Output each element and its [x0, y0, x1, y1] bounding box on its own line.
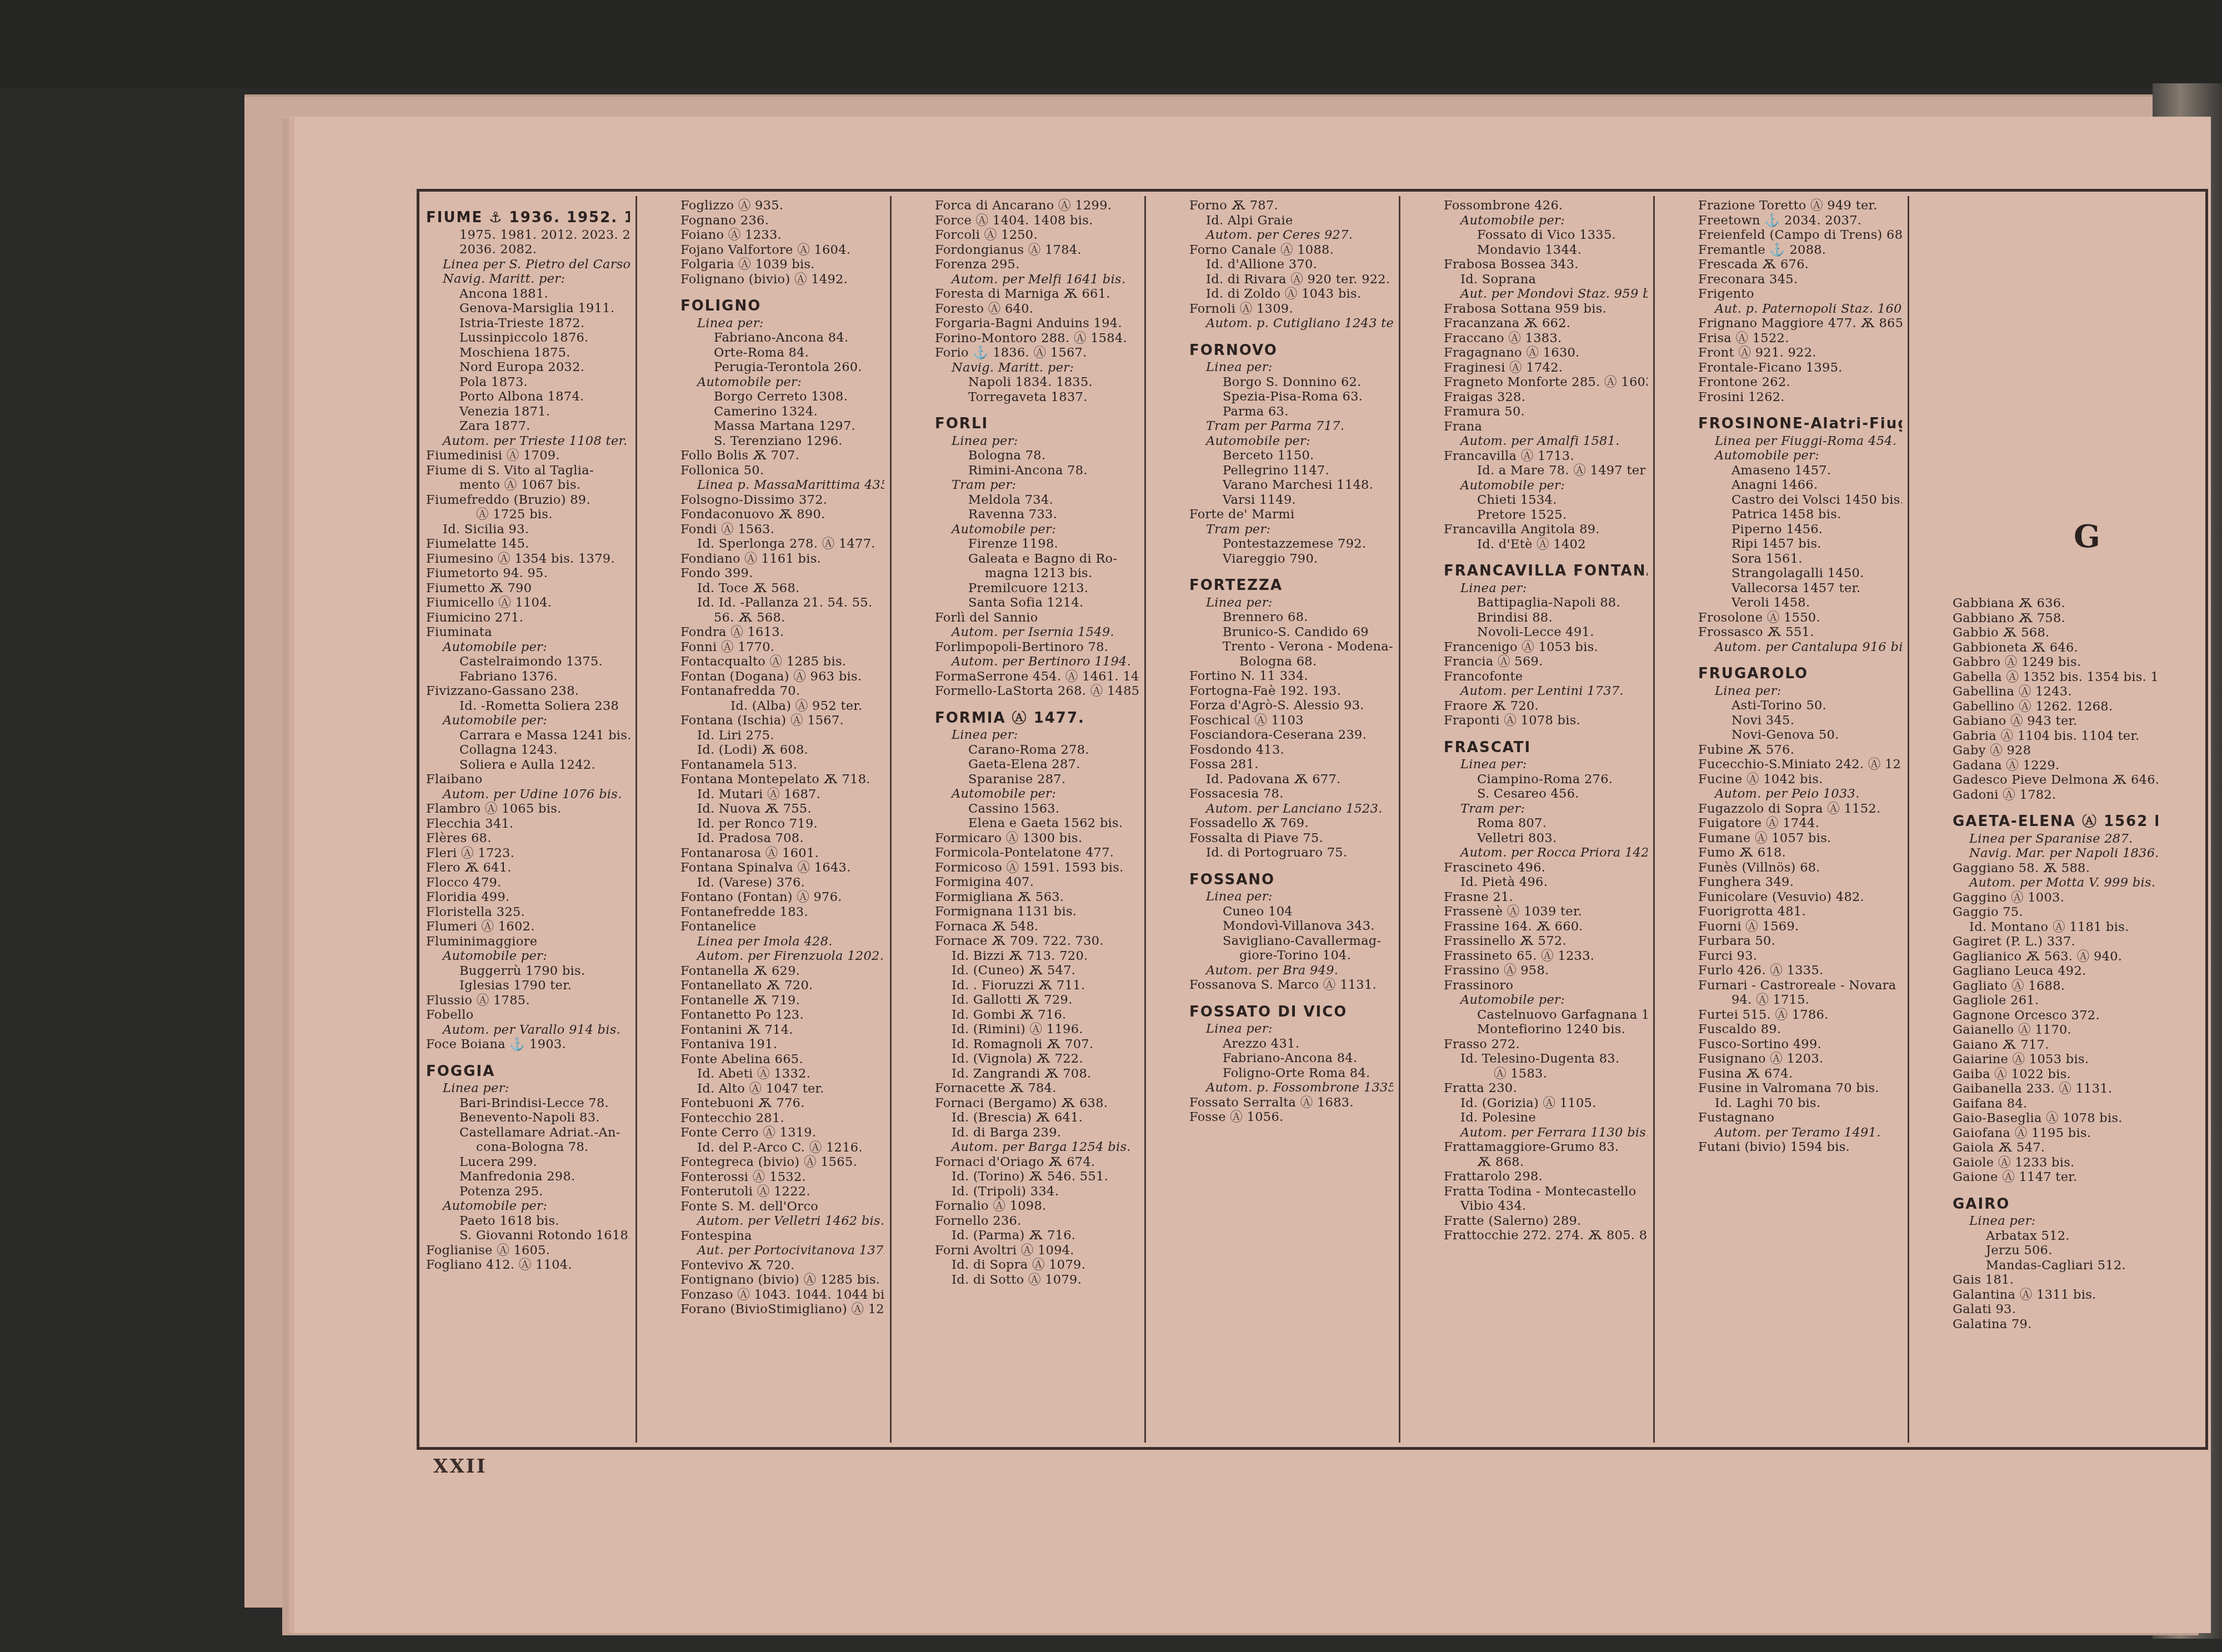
index-heading: FRASCATI — [1444, 740, 1648, 755]
index-entry: S. Giovanni Rotondo 1618. — [426, 1228, 630, 1243]
index-entry: Id. (Vignola) Ѫ 722. — [935, 1052, 1139, 1067]
index-entry: Id. Pradosa 708. — [680, 831, 884, 846]
index-entry: Tram per: — [935, 478, 1139, 493]
index-entry: Automobile per: — [1444, 478, 1648, 493]
index-entry: Pola 1873. — [426, 375, 630, 390]
index-entry: Fuorigrotta 481. — [1698, 904, 1902, 919]
index-entry: Gadana Ⓐ 1229. — [1953, 758, 2158, 773]
index-entry: Frosini 1262. — [1698, 390, 1902, 405]
index-entry: Id. (Tripoli) 334. — [935, 1184, 1139, 1199]
index-entry: Id. (Brescia) Ѫ 641. — [935, 1110, 1139, 1125]
index-entry: Autom. per Velletri 1462 bis. — [680, 1214, 884, 1229]
index-entry: Aut. p. Paternopoli Staz. 1601 — [1698, 302, 1902, 317]
index-entry: Id. di Sotto Ⓐ 1079. — [935, 1273, 1139, 1288]
index-entry: Id. Padovana Ѫ 677. — [1189, 772, 1393, 787]
index-entry: Id. d'Allione 370. — [1189, 257, 1393, 272]
index-entry: Gaione Ⓐ 1147 ter. — [1953, 1170, 2158, 1185]
index-entry: Gagliole 261. — [1953, 993, 2158, 1008]
index-entry: Id. Soprana — [1444, 272, 1648, 287]
index-entry: Fogliano 412. Ⓐ 1104. — [426, 1258, 630, 1273]
index-entry: Floristella 325. — [426, 905, 630, 920]
index-entry: Ripi 1457 bis. — [1698, 537, 1902, 552]
index-entry: Id. di Sopra Ⓐ 1079. — [935, 1258, 1139, 1273]
index-entry: Frassenè Ⓐ 1039 ter. — [1444, 904, 1648, 919]
index-entry: Strangolagalli 1450. — [1698, 566, 1902, 581]
index-entry: Furtei 515. Ⓐ 1786. — [1698, 1008, 1902, 1023]
index-entry: Fonte S. M. dell'Orco — [680, 1199, 884, 1214]
index-entry: Gabiano Ⓐ 943 ter. — [1953, 714, 2158, 729]
index-entry: Frignano Maggiore 477. Ѫ 865. — [1698, 316, 1902, 331]
index-entry: Flambro Ⓐ 1065 bis. — [426, 802, 630, 817]
index-entry: Fontano (Fontan) Ⓐ 976. — [680, 890, 884, 905]
index-entry: Fornaci d'Oriago Ѫ 674. — [935, 1155, 1139, 1170]
index-entry: Id. Zangrandi Ѫ 708. — [935, 1067, 1139, 1082]
index-entry: Forca di Ancarano Ⓐ 1299. — [935, 198, 1139, 213]
index-entry: Torregaveta 1837. — [935, 390, 1139, 405]
index-entry: Napoli 1834. 1835. — [935, 375, 1139, 390]
index-entry: 56. Ѫ 568. — [680, 610, 884, 625]
index-entry: Id. Nuova Ѫ 755. — [680, 802, 884, 817]
index-entry: Linea per S. Pietro del Carso 74 — [426, 257, 630, 272]
index-entry: Frassinoro — [1444, 978, 1648, 993]
index-entry: Autom. per Firenzuola 1202. — [680, 949, 884, 964]
index-entry: Manfredonia 298. — [426, 1169, 630, 1184]
index-entry: Automobile per: — [1698, 448, 1902, 463]
index-heading: FORMIA Ⓐ 1477. — [935, 711, 1139, 726]
index-entry: Id. Mutari Ⓐ 1687. — [680, 787, 884, 802]
index-heading: GAETA-ELENA Ⓐ 1562 bis. — [1953, 814, 2158, 829]
index-entry: Gadesco Pieve Delmona Ѫ 646. — [1953, 773, 2158, 788]
index-entry: Sora 1561. — [1698, 552, 1902, 567]
index-entry: Foligno-Orte Roma 84. — [1189, 1066, 1393, 1081]
index-entry: Autom. per Ferrara 1130 bis. — [1444, 1125, 1648, 1140]
index-entry: Id. Romagnoli Ѫ 707. — [935, 1037, 1139, 1052]
index-entry: Pellegrino 1147. — [1189, 463, 1393, 478]
index-entry: Funicolare (Vesuvio) 482. — [1698, 890, 1902, 905]
index-entry: Venezia 1871. — [426, 404, 630, 419]
index-entry: Fonzaso Ⓐ 1043. 1044. 1044 bis. — [680, 1288, 884, 1303]
index-entry: Automobile per: — [426, 1199, 630, 1214]
index-entry: Follo Bolis Ѫ 707. — [680, 448, 884, 463]
index-entry: Fondra Ⓐ 1613. — [680, 625, 884, 640]
index-entry: Gaibanella 233. Ⓐ 1131. — [1953, 1082, 2158, 1097]
index-entry: Id. (Alba) Ⓐ 952 ter. — [680, 699, 884, 714]
index-column-5: Fossombrone 426.Automobile per:Fossato d… — [1437, 196, 1655, 1443]
index-entry: Fratte (Salerno) 289. — [1444, 1214, 1648, 1229]
index-entry: Fontana Spinalva Ⓐ 1643. — [680, 860, 884, 875]
index-entry: Soliera e Aulla 1242. — [426, 758, 630, 773]
index-entry: Forgaria-Bagni Anduins 194. — [935, 316, 1139, 331]
index-entry: Foce Boiana ⚓ 1903. — [426, 1037, 630, 1052]
index-heading: FORLÌ — [935, 417, 1139, 432]
index-entry: Autom. p. Fossombrone 1335. — [1189, 1080, 1393, 1095]
index-heading: FOSSANO — [1189, 873, 1393, 888]
index-entry: Fubine Ѫ 576. — [1698, 743, 1902, 758]
index-entry: Frabosa Bossea 343. — [1444, 257, 1648, 272]
index-column-7: G Gabbiana Ѫ 636.Gabbiano Ѫ 758.Gabbio Ѫ… — [1946, 196, 2164, 1443]
index-entry: Brunico-S. Candido 69 — [1189, 625, 1393, 640]
index-entry: Fornace Ѫ 709. 722. 730. — [935, 934, 1139, 949]
index-entry: Buggerrù 1790 bis. — [426, 964, 630, 979]
index-entry: Fondiano Ⓐ 1161 bis. — [680, 552, 884, 567]
index-entry: Flussio Ⓐ 1785. — [426, 993, 630, 1008]
index-entry: Flecchia 341. — [426, 817, 630, 832]
index-entry: Autom. per Teramo 1491. — [1698, 1125, 1902, 1140]
index-entry: Fraginesi Ⓐ 1742. — [1444, 361, 1648, 376]
index-entry: Fontignano (bivio) Ⓐ 1285 bis. — [680, 1273, 884, 1288]
index-entry: Formigliana Ѫ 563. — [935, 890, 1139, 905]
index-entry: Fiumelatte 145. — [426, 537, 630, 552]
index-entry: Frossasco Ѫ 551. — [1698, 625, 1902, 640]
index-entry: Fusignano Ⓐ 1203. — [1698, 1052, 1902, 1067]
index-entry: Flero Ѫ 641. — [426, 860, 630, 875]
index-entry: Id. di Barga 239. — [935, 1125, 1139, 1140]
index-entry: Autom. per Barga 1254 bis. — [935, 1140, 1139, 1155]
index-entry: Fraccano Ⓐ 1383. — [1444, 331, 1648, 346]
index-entry: Id. Bizzi Ѫ 713. 720. — [935, 949, 1139, 964]
index-entry: Fiumesino Ⓐ 1354 bis. 1379. — [426, 552, 630, 567]
index-entry: Fuorni Ⓐ 1569. — [1698, 919, 1902, 934]
index-entry: Asti-Torino 50. — [1698, 698, 1902, 713]
index-entry: Borgo S. Donnino 62. — [1189, 375, 1393, 390]
index-entry: Mandas-Cagliari 512. — [1953, 1258, 2158, 1273]
index-entry: Fosse Ⓐ 1056. — [1189, 1110, 1393, 1125]
index-entry: Forlimpopoli-Bertinoro 78. — [935, 640, 1139, 655]
index-entry: Fontespina — [680, 1229, 884, 1244]
index-entry: Id. -Rometta Soliera 238 — [426, 699, 630, 714]
index-entry: Benevento-Napoli 83. — [426, 1110, 630, 1125]
index-entry: Nord Europa 2032. — [426, 360, 630, 375]
index-entry: Gaby Ⓐ 928 — [1953, 743, 2158, 758]
index-entry: Fossato Serralta Ⓐ 1683. — [1189, 1095, 1393, 1110]
index-entry: Cassino 1563. — [935, 802, 1139, 817]
index-entry: Automobile per: — [1444, 213, 1648, 228]
index-entry: Id. d'Etè Ⓐ 1402 — [1444, 537, 1648, 552]
index-entry: Gais 181. — [1953, 1273, 2158, 1288]
index-entry: Frassino Ⓐ 958. — [1444, 963, 1648, 978]
index-entry: Veroli 1458. — [1698, 595, 1902, 610]
index-entry: Automobile per: — [935, 522, 1139, 537]
index-entry: Fontebuoni Ѫ 776. — [680, 1096, 884, 1111]
index-entry: Gabbio Ѫ 568. — [1953, 625, 2158, 640]
index-entry: 94. Ⓐ 1715. — [1698, 993, 1902, 1008]
index-entry: Francofonte — [1444, 669, 1648, 684]
index-entry: Linea per: — [1189, 360, 1393, 375]
index-entry: Fratta Todina - Montecastello — [1444, 1184, 1648, 1199]
index-entry: Fumane Ⓐ 1057 bis. — [1698, 831, 1902, 846]
index-entry: Fosciandora-Ceserana 239. — [1189, 728, 1393, 743]
index-entry: Gabella Ⓐ 1352 bis. 1354 bis. 1370 — [1953, 670, 2158, 685]
index-entry: Furnari - Castroreale - Novara — [1698, 978, 1902, 993]
index-heading: FORTEZZA — [1189, 578, 1393, 593]
index-entry: Frosolone Ⓐ 1550. — [1698, 610, 1902, 625]
index-entry: Fiume di S. Vito al Taglia- — [426, 463, 630, 478]
index-entry: Berceto 1150. — [1189, 448, 1393, 463]
index-entry: Frabosa Sottana 959 bis. — [1444, 302, 1648, 317]
index-entry: Furci 93. — [1698, 949, 1902, 964]
index-entry: Autom. per Trieste 1108 ter. — [426, 434, 630, 449]
index-entry: Montefiorino 1240 bis. — [1444, 1022, 1648, 1037]
index-entry: Frigento — [1698, 287, 1902, 302]
index-entry: Fosdondo 413. — [1189, 743, 1393, 758]
index-entry: Gadoni Ⓐ 1782. — [1953, 788, 2158, 803]
index-entry: Fonterossi Ⓐ 1532. — [680, 1170, 884, 1185]
index-entry: Forni Avoltri Ⓐ 1094. — [935, 1243, 1139, 1258]
index-entry: Gaiano Ѫ 717. — [1953, 1038, 2158, 1053]
index-entry: 1975. 1981. 2012. 2023. 2035. — [426, 228, 630, 243]
index-entry: Frassineto 65. Ⓐ 1233. — [1444, 949, 1648, 964]
index-entry: Navig. Maritt. per: — [935, 361, 1139, 376]
index-entry: Forano (BivioStimigliano) Ⓐ 1225. — [680, 1302, 884, 1317]
index-entry: Novi-Genova 50. — [1698, 728, 1902, 743]
index-entry: Trento - Verona - Modena- — [1189, 639, 1393, 654]
index-entry: Automobile per: — [426, 640, 630, 655]
index-entry: Frattarolo 298. — [1444, 1169, 1648, 1184]
index-entry: Francenigo Ⓐ 1053 bis. — [1444, 640, 1648, 655]
index-entry: Formignana 1131 bis. — [935, 904, 1139, 919]
index-entry: Fugazzolo di Sopra Ⓐ 1152. — [1698, 802, 1902, 817]
index-entry: Ancona 1881. — [426, 287, 630, 302]
index-entry: Futani (bivio) 1594 bis. — [1698, 1140, 1902, 1155]
index-entry: Tram per: — [1444, 802, 1648, 817]
index-entry: Fossacesia 78. — [1189, 787, 1393, 802]
index-entry: Bari-Brindisi-Lecce 78. — [426, 1096, 630, 1111]
index-entry: Gagiret (P. L.) 337. — [1953, 934, 2158, 949]
index-entry: Floridia 499. — [426, 890, 630, 905]
index-entry: Id. Abeti Ⓐ 1332. — [680, 1067, 884, 1082]
index-entry: Fontana (Ischia) Ⓐ 1567. — [680, 713, 884, 728]
index-entry: Autom. per Motta V. 999 bis. — [1953, 875, 2158, 890]
index-entry: Amaseno 1457. — [1698, 463, 1902, 478]
index-entry: Fivizzano-Gassano 238. — [426, 684, 630, 699]
index-entry: Novi 345. — [1698, 713, 1902, 728]
index-entry: Furbara 50. — [1698, 934, 1902, 949]
index-entry: Autom. per Peio 1033. — [1698, 787, 1902, 802]
index-entry: Autom. per Lentini 1737. — [1444, 684, 1648, 699]
index-entry: Fiumicello Ⓐ 1104. — [426, 595, 630, 610]
index-entry: Bologna 78. — [935, 448, 1139, 463]
index-entry: Gabellina Ⓐ 1243. — [1953, 684, 2158, 699]
index-entry: Fontanelle Ѫ 719. — [680, 993, 884, 1008]
index-entry: Roma 807. — [1444, 816, 1648, 831]
index-entry: Linea per: — [1444, 581, 1648, 596]
index-entry: Linea per Sparanise 287. — [1953, 832, 2158, 847]
index-entry: Perugia-Terontola 260. — [680, 360, 884, 375]
index-entry: Fabriano-Ancona 84. — [1189, 1051, 1393, 1066]
index-entry: magna 1213 bis. — [935, 566, 1139, 581]
index-entry: Forte de' Marmi — [1189, 507, 1393, 522]
index-entry: Gabria Ⓐ 1104 bis. 1104 ter. — [1953, 729, 2158, 744]
index-entry: Carano-Roma 278. — [935, 743, 1139, 758]
index-entry: Fonte Abelina 665. — [680, 1052, 884, 1067]
index-entry: Fossa 281. — [1189, 757, 1393, 772]
index-entry: Autom. per Amalfi 1581. — [1444, 434, 1648, 449]
index-entry: Arezzo 431. — [1189, 1037, 1393, 1052]
index-entry: Id. (Parma) Ѫ 716. — [935, 1228, 1139, 1243]
index-entry: Pontestazzemese 792. — [1189, 537, 1393, 552]
index-entry: Fontaniva 191. — [680, 1037, 884, 1052]
index-entry: Gabbiana Ѫ 636. — [1953, 596, 2158, 611]
index-entry: Fobello — [426, 1008, 630, 1023]
index-entry: Id. di Rivara Ⓐ 920 ter. 922. — [1189, 272, 1393, 287]
index-entry: Id. Polesine — [1444, 1110, 1648, 1125]
index-entry: Rimini-Ancona 78. — [935, 463, 1139, 478]
index-entry: Fojano Valfortore Ⓐ 1604. — [680, 243, 884, 258]
index-entry: S. Cesareo 456. — [1444, 787, 1648, 802]
index-entry: Frazione Toretto Ⓐ 949 ter. — [1698, 198, 1902, 213]
index-entry: Fleri Ⓐ 1723. — [426, 846, 630, 861]
index-entry: Autom. per Ceres 927. — [1189, 228, 1393, 243]
index-entry: Frontone 262. — [1698, 375, 1902, 390]
index-entry: giore-Torino 104. — [1189, 948, 1393, 963]
index-entry: Meldola 734. — [935, 493, 1139, 508]
index-entry: Fontevivo Ѫ 720. — [680, 1258, 884, 1273]
index-entry: Francavilla Angitola 89. — [1444, 522, 1648, 537]
index-entry: Framura 50. — [1444, 404, 1648, 419]
index-entry: Frasne 21. — [1444, 890, 1648, 905]
index-entry: Gagnone Orcesco 372. — [1953, 1008, 2158, 1023]
index-entry: Foglizzo Ⓐ 935. — [680, 198, 884, 213]
index-entry: Id. per Ronco 719. — [680, 817, 884, 832]
page-folio: XXII — [433, 1455, 487, 1478]
index-entry: Orte-Roma 84. — [680, 346, 884, 361]
index-entry: Linea per Imola 428. — [680, 934, 884, 949]
index-entry: Funès (Villnös) 68. — [1698, 860, 1902, 875]
index-entry: Fracanzana Ѫ 662. — [1444, 316, 1648, 331]
section-letter: G — [2074, 529, 2100, 544]
index-entry: Id. (Gorizia) Ⓐ 1105. — [1444, 1096, 1648, 1111]
index-entry: Fontanafredda 70. — [680, 684, 884, 699]
index-entry: Freienfeld (Campo di Trens) 68 — [1698, 228, 1902, 243]
index-entry: Fabriano 1376. — [426, 669, 630, 684]
index-entry: Fortogna-Faè 192. 193. — [1189, 684, 1393, 699]
index-entry: Fondaconuovo Ѫ 890. — [680, 507, 884, 522]
index-entry: Id. (Torino) Ѫ 546. 551. — [935, 1169, 1139, 1184]
index-entry: Gaiarine Ⓐ 1053 bis. — [1953, 1052, 2158, 1067]
index-entry: FormaSerrone 454. Ⓐ 1461. 1473 bis — [935, 669, 1139, 684]
index-entry: Fremantle ⚓ 2088. — [1698, 243, 1902, 258]
index-entry: Fonte Cerro Ⓐ 1319. — [680, 1125, 884, 1140]
index-entry: Linea per: — [935, 728, 1139, 743]
index-entry: Porto Albona 1874. — [426, 389, 630, 404]
index-column-6: Frazione Toretto Ⓐ 949 ter.Freetown ⚓ 20… — [1691, 196, 1909, 1443]
index-entry: Fontana Montepelato Ѫ 718. — [680, 772, 884, 787]
index-entry: Battipaglia-Napoli 88. — [1444, 595, 1648, 610]
index-entry: Flères 68. — [426, 831, 630, 846]
index-entry: Castelraimondo 1375. — [426, 654, 630, 669]
index-entry: Fornaca Ѫ 548. — [935, 919, 1139, 934]
index-entry: Lucera 299. — [426, 1155, 630, 1170]
index-heading: FIUME ⚓ 1936. 1952. 1965. 1966. — [426, 211, 630, 226]
index-entry: Autom. per Cantalupa 916 bis — [1698, 640, 1902, 655]
index-entry: Id. (Varese) 376. — [680, 875, 884, 890]
index-entry: Fusine in Valromana 70 bis. — [1698, 1081, 1902, 1096]
index-entry: Fontacqualto Ⓐ 1285 bis. — [680, 654, 884, 669]
index-entry: Varano Marchesi 1148. — [1189, 478, 1393, 493]
index-entry: Brindisi 88. — [1444, 610, 1648, 625]
index-entry: Borgo Cerreto 1308. — [680, 389, 884, 404]
index-entry: Fossato di Vico 1335. — [1444, 228, 1648, 243]
index-entry: Paeto 1618 bis. — [426, 1214, 630, 1229]
index-entry: Fornoli Ⓐ 1309. — [1189, 302, 1393, 317]
index-entry: Brennero 68. — [1189, 610, 1393, 625]
index-entry: Id. a Mare 78. Ⓐ 1497 ter — [1444, 463, 1648, 478]
index-entry: Fornaci (Bergamo) Ѫ 638. — [935, 1096, 1139, 1111]
index-entry: Fragneto Monforte 285. Ⓐ 1603 — [1444, 375, 1648, 390]
index-entry: Frassinello Ѫ 572. — [1444, 934, 1648, 949]
index-entry: Fontanetto Po 123. — [680, 1008, 884, 1023]
index-entry: Force Ⓐ 1404. 1408 bis. — [935, 213, 1139, 228]
index-entry: Fondi Ⓐ 1563. — [680, 522, 884, 537]
index-entry: Varsi 1149. — [1189, 493, 1393, 508]
index-entry: Forno Canale Ⓐ 1088. — [1189, 243, 1393, 258]
index-entry: Galatina 79. — [1953, 1317, 2158, 1332]
index-entry: Velletri 803. — [1444, 831, 1648, 846]
index-entry: Flocco 479. — [426, 875, 630, 890]
index-entry: Fontanelice — [680, 919, 884, 934]
index-entry: Massa Martana 1297. — [680, 419, 884, 434]
index-entry: Automobile per: — [1444, 993, 1648, 1008]
index-entry: Fiumetorto 94. 95. — [426, 566, 630, 581]
index-entry: Carrara e Massa 1241 bis. — [426, 728, 630, 743]
index-entry: Viareggio 790. — [1189, 552, 1393, 567]
index-entry: Fiumicino 271. — [426, 610, 630, 625]
index-entry: Id. di Portogruaro 75. — [1189, 845, 1393, 860]
index-entry: Gagliato Ⓐ 1688. — [1953, 979, 2158, 994]
index-entry: Piperno 1456. — [1698, 522, 1902, 537]
index-entry: Forenza 295. — [935, 257, 1139, 272]
index-entry: Linea p. MassaMarittima 435 — [680, 478, 884, 493]
index-entry: Fontanamela 513. — [680, 758, 884, 773]
index-heading: FRANCAVILLA FONTANA — [1444, 564, 1648, 579]
index-entry: Foschical Ⓐ 1103 — [1189, 713, 1393, 728]
index-entry: Pretore 1525. — [1444, 508, 1648, 523]
index-entry: Fordongianus Ⓐ 1784. — [935, 243, 1139, 258]
section-spacer — [1953, 196, 2158, 596]
index-heading: FORNOVO — [1189, 343, 1393, 358]
index-entry: Freconara 345. — [1698, 272, 1902, 287]
index-entry: Forcoli Ⓐ 1250. — [935, 228, 1139, 243]
index-entry: Fusina Ѫ 674. — [1698, 1067, 1902, 1082]
index-entry: cona-Bologna 78. — [426, 1140, 630, 1155]
index-entry: Castro dei Volsci 1450 bis. — [1698, 493, 1902, 508]
index-entry: Sparanise 287. — [935, 772, 1139, 787]
index-entry: Gaeta-Elena 287. — [935, 757, 1139, 772]
index-entry: Flumeri Ⓐ 1602. — [426, 919, 630, 934]
index-entry: Frisa Ⓐ 1522. — [1698, 331, 1902, 346]
index-entry: Id. (Lodi) Ѫ 608. — [680, 743, 884, 758]
index-entry: Elena e Gaeta 1562 bis. — [935, 816, 1139, 831]
index-entry: Id. Toce Ѫ 568. — [680, 581, 884, 596]
index-entry: Linea per: — [1189, 1022, 1393, 1037]
index-entry: Fontanarosa Ⓐ 1601. — [680, 846, 884, 861]
index-entry: Lussinpiccolo 1876. — [426, 331, 630, 346]
index-entry: Gaiole Ⓐ 1233 bis. — [1953, 1155, 2158, 1170]
index-entry: Ciampino-Roma 276. — [1444, 772, 1648, 787]
index-entry: Istria-Trieste 1872. — [426, 316, 630, 331]
index-entry: Folignano (bivio) Ⓐ 1492. — [680, 272, 884, 287]
index-entry: Flaibano — [426, 772, 630, 787]
index-entry: Fratta 230. — [1444, 1081, 1648, 1096]
index-entry: Zara 1877. — [426, 419, 630, 434]
index-entry: Arbatax 512. — [1953, 1229, 2158, 1244]
index-entry: Foglianise Ⓐ 1605. — [426, 1243, 630, 1258]
index-entry: Patrica 1458 bis. — [1698, 507, 1902, 522]
index-entry: Fraponti Ⓐ 1078 bis. — [1444, 713, 1648, 728]
index-entry: Follonica 50. — [680, 463, 884, 478]
index-entry: Id. Gallotti Ѫ 729. — [935, 993, 1139, 1008]
index-entry: Fornalio Ⓐ 1098. — [935, 1199, 1139, 1214]
